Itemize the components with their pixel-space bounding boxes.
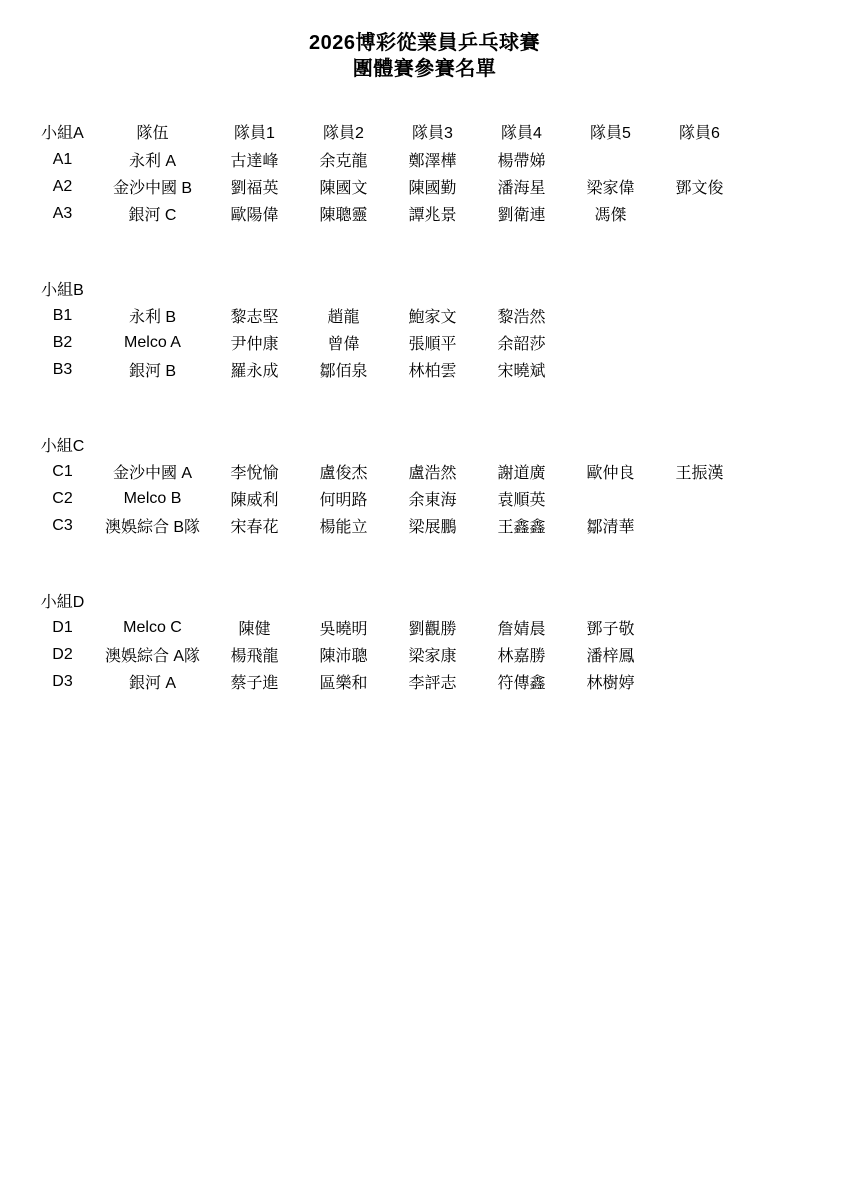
empty-cell — [655, 587, 744, 614]
player-column-header: 隊員6 — [655, 116, 744, 146]
group-id-cell: D2 — [30, 641, 95, 668]
player-name-cell: 符傳鑫 — [477, 668, 566, 695]
group-id-cell: D1 — [30, 614, 95, 641]
player-name-cell: 陳健 — [210, 614, 299, 641]
player-name-cell: 李評志 — [388, 668, 477, 695]
empty-cell — [566, 146, 655, 173]
team-row-d2: D2澳娛綜合 A隊楊飛龍陳沛聰梁家康林嘉勝潘梓鳳 — [30, 641, 744, 668]
player-name-cell: 王鑫鑫 — [477, 512, 566, 539]
player-name-cell: 楊能立 — [299, 512, 388, 539]
empty-cell — [655, 512, 744, 539]
group-label: 小組D — [30, 587, 95, 614]
team-name-cell: 銀河 C — [95, 200, 210, 227]
empty-cell — [95, 275, 210, 302]
team-row-a2: A2金沙中國 B劉福英陳國文陳國勤潘海星梁家偉鄧文俊 — [30, 173, 744, 200]
team-row-d1: D1Melco C陳健吳曉明劉觀勝詹婧晨鄧子敬 — [30, 614, 744, 641]
empty-cell — [566, 329, 655, 356]
player-column-header: 隊員5 — [566, 116, 655, 146]
team-name-cell: Melco B — [95, 485, 210, 512]
player-name-cell: 林柏雲 — [388, 356, 477, 383]
group-id-cell: C3 — [30, 512, 95, 539]
player-name-cell: 黎志堅 — [210, 302, 299, 329]
player-name-cell: 劉福英 — [210, 173, 299, 200]
team-column-header: 隊伍 — [95, 116, 210, 146]
player-name-cell: 袁順英 — [477, 485, 566, 512]
player-column-header: 隊員3 — [388, 116, 477, 146]
player-name-cell: 盧浩然 — [388, 458, 477, 485]
player-name-cell: 譚兆景 — [388, 200, 477, 227]
empty-cell — [477, 275, 566, 302]
team-row-c2: C2Melco B陳威利何明路余東海袁順英 — [30, 485, 744, 512]
group-table-d: 小組DD1Melco C陳健吳曉明劉觀勝詹婧晨鄧子敬D2澳娛綜合 A隊楊飛龍陳沛… — [30, 587, 744, 695]
group-table-c: 小組CC1金沙中國 A李悅愉盧俊杰盧浩然謝道廣歐仲良王振漢C2Melco B陳威… — [30, 431, 744, 539]
player-name-cell: 余東海 — [388, 485, 477, 512]
player-name-cell: 潘海星 — [477, 173, 566, 200]
empty-cell — [655, 329, 744, 356]
player-name-cell: 蔡子進 — [210, 668, 299, 695]
player-column-header: 隊員1 — [210, 116, 299, 146]
empty-cell — [299, 275, 388, 302]
empty-cell — [477, 587, 566, 614]
player-name-cell: 趙龍 — [299, 302, 388, 329]
team-row-c3: C3澳娛綜合 B隊宋春花楊能立梁展鵬王鑫鑫鄒清華 — [30, 512, 744, 539]
empty-cell — [566, 356, 655, 383]
team-row-a3: A3銀河 C歐陽偉陳聰靈譚兆景劉衛連馮傑 — [30, 200, 744, 227]
group-label: 小組B — [30, 275, 95, 302]
empty-cell — [566, 587, 655, 614]
empty-cell — [655, 668, 744, 695]
player-name-cell: 劉衛連 — [477, 200, 566, 227]
empty-cell — [655, 614, 744, 641]
page-title: 2026博彩從業員乒乓球賽 — [0, 30, 849, 56]
group-id-cell: B2 — [30, 329, 95, 356]
page-subtitle: 團體賽參賽名單 — [0, 56, 849, 82]
player-name-cell: 尹仲康 — [210, 329, 299, 356]
empty-cell — [566, 431, 655, 458]
team-name-cell: 金沙中國 A — [95, 458, 210, 485]
player-name-cell: 余韶莎 — [477, 329, 566, 356]
player-name-cell: 李悅愉 — [210, 458, 299, 485]
player-column-header: 隊員4 — [477, 116, 566, 146]
empty-cell — [655, 302, 744, 329]
empty-cell — [655, 200, 744, 227]
player-name-cell: 鄧子敬 — [566, 614, 655, 641]
group-label-row: 小組C — [30, 431, 744, 458]
team-name-cell: 金沙中國 B — [95, 173, 210, 200]
player-name-cell: 何明路 — [299, 485, 388, 512]
player-name-cell: 歐陽偉 — [210, 200, 299, 227]
player-name-cell: 鄧文俊 — [655, 173, 744, 200]
player-name-cell: 林嘉勝 — [477, 641, 566, 668]
empty-cell — [566, 485, 655, 512]
player-name-cell: 鮑家文 — [388, 302, 477, 329]
group-label-header: 小組A — [30, 116, 95, 146]
empty-cell — [210, 587, 299, 614]
empty-cell — [388, 275, 477, 302]
group-id-cell: C2 — [30, 485, 95, 512]
player-name-cell: 林樹婷 — [566, 668, 655, 695]
player-name-cell: 羅永成 — [210, 356, 299, 383]
team-name-cell: Melco C — [95, 614, 210, 641]
group-label-row: 小組D — [30, 587, 744, 614]
player-name-cell: 張順平 — [388, 329, 477, 356]
empty-cell — [299, 431, 388, 458]
player-name-cell: 詹婧晨 — [477, 614, 566, 641]
group-id-cell: B3 — [30, 356, 95, 383]
player-name-cell: 楊飛龍 — [210, 641, 299, 668]
player-name-cell: 鄒清華 — [566, 512, 655, 539]
team-row-b1: B1永利 B黎志堅趙龍鮑家文黎浩然 — [30, 302, 744, 329]
empty-cell — [655, 485, 744, 512]
player-name-cell: 宋春花 — [210, 512, 299, 539]
group-id-cell: C1 — [30, 458, 95, 485]
empty-cell — [388, 587, 477, 614]
group-id-cell: D3 — [30, 668, 95, 695]
group-table-a: 小組A隊伍隊員1隊員2隊員3隊員4隊員5隊員6A1永利 A古達峰余克龍鄭澤樺楊帶… — [30, 116, 744, 227]
team-row-b3: B3銀河 B羅永成鄒佰泉林柏雲宋曉斌 — [30, 356, 744, 383]
team-row-d3: D3銀河 A蔡子進區樂和李評志符傳鑫林樹婷 — [30, 668, 744, 695]
roster-groups: 小組A隊伍隊員1隊員2隊員3隊員4隊員5隊員6A1永利 A古達峰余克龍鄭澤樺楊帶… — [0, 116, 849, 695]
player-name-cell: 余克龍 — [299, 146, 388, 173]
player-column-header: 隊員2 — [299, 116, 388, 146]
empty-cell — [566, 302, 655, 329]
empty-cell — [95, 587, 210, 614]
player-name-cell: 陳沛聰 — [299, 641, 388, 668]
player-name-cell: 馮傑 — [566, 200, 655, 227]
player-name-cell: 曾偉 — [299, 329, 388, 356]
player-name-cell: 吳曉明 — [299, 614, 388, 641]
player-name-cell: 潘梓鳳 — [566, 641, 655, 668]
group-id-cell: B1 — [30, 302, 95, 329]
player-name-cell: 陳聰靈 — [299, 200, 388, 227]
team-row-c1: C1金沙中國 A李悅愉盧俊杰盧浩然謝道廣歐仲良王振漢 — [30, 458, 744, 485]
team-name-cell: Melco A — [95, 329, 210, 356]
team-name-cell: 澳娛綜合 A隊 — [95, 641, 210, 668]
group-id-cell: A1 — [30, 146, 95, 173]
team-name-cell: 永利 B — [95, 302, 210, 329]
empty-cell — [477, 431, 566, 458]
document-page: 2026博彩從業員乒乓球賽 團體賽參賽名單 小組A隊伍隊員1隊員2隊員3隊員4隊… — [0, 0, 849, 1200]
player-name-cell: 區樂和 — [299, 668, 388, 695]
team-name-cell: 澳娛綜合 B隊 — [95, 512, 210, 539]
empty-cell — [655, 146, 744, 173]
player-name-cell: 古達峰 — [210, 146, 299, 173]
empty-cell — [655, 431, 744, 458]
empty-cell — [299, 587, 388, 614]
group-label: 小組C — [30, 431, 95, 458]
player-name-cell: 宋曉斌 — [477, 356, 566, 383]
empty-cell — [95, 431, 210, 458]
empty-cell — [566, 275, 655, 302]
empty-cell — [655, 275, 744, 302]
column-header-row: 小組A隊伍隊員1隊員2隊員3隊員4隊員5隊員6 — [30, 116, 744, 146]
player-name-cell: 黎浩然 — [477, 302, 566, 329]
player-name-cell: 謝道廣 — [477, 458, 566, 485]
player-name-cell: 梁家偉 — [566, 173, 655, 200]
empty-cell — [655, 641, 744, 668]
team-name-cell: 銀河 B — [95, 356, 210, 383]
title-block: 2026博彩從業員乒乓球賽 團體賽參賽名單 — [0, 0, 849, 82]
team-row-b2: B2Melco A尹仲康曾偉張順平余韶莎 — [30, 329, 744, 356]
player-name-cell: 陳威利 — [210, 485, 299, 512]
player-name-cell: 王振漢 — [655, 458, 744, 485]
player-name-cell: 盧俊杰 — [299, 458, 388, 485]
team-row-a1: A1永利 A古達峰余克龍鄭澤樺楊帶娣 — [30, 146, 744, 173]
player-name-cell: 陳國勤 — [388, 173, 477, 200]
player-name-cell: 梁展鵬 — [388, 512, 477, 539]
player-name-cell: 劉觀勝 — [388, 614, 477, 641]
player-name-cell: 梁家康 — [388, 641, 477, 668]
player-name-cell: 楊帶娣 — [477, 146, 566, 173]
empty-cell — [388, 431, 477, 458]
player-name-cell: 鄭澤樺 — [388, 146, 477, 173]
player-name-cell: 歐仲良 — [566, 458, 655, 485]
empty-cell — [210, 431, 299, 458]
group-id-cell: A3 — [30, 200, 95, 227]
player-name-cell: 陳國文 — [299, 173, 388, 200]
empty-cell — [210, 275, 299, 302]
player-name-cell: 鄒佰泉 — [299, 356, 388, 383]
team-name-cell: 銀河 A — [95, 668, 210, 695]
group-label-row: 小組B — [30, 275, 744, 302]
team-name-cell: 永利 A — [95, 146, 210, 173]
group-table-b: 小組BB1永利 B黎志堅趙龍鮑家文黎浩然B2Melco A尹仲康曾偉張順平余韶莎… — [30, 275, 744, 383]
group-id-cell: A2 — [30, 173, 95, 200]
empty-cell — [655, 356, 744, 383]
